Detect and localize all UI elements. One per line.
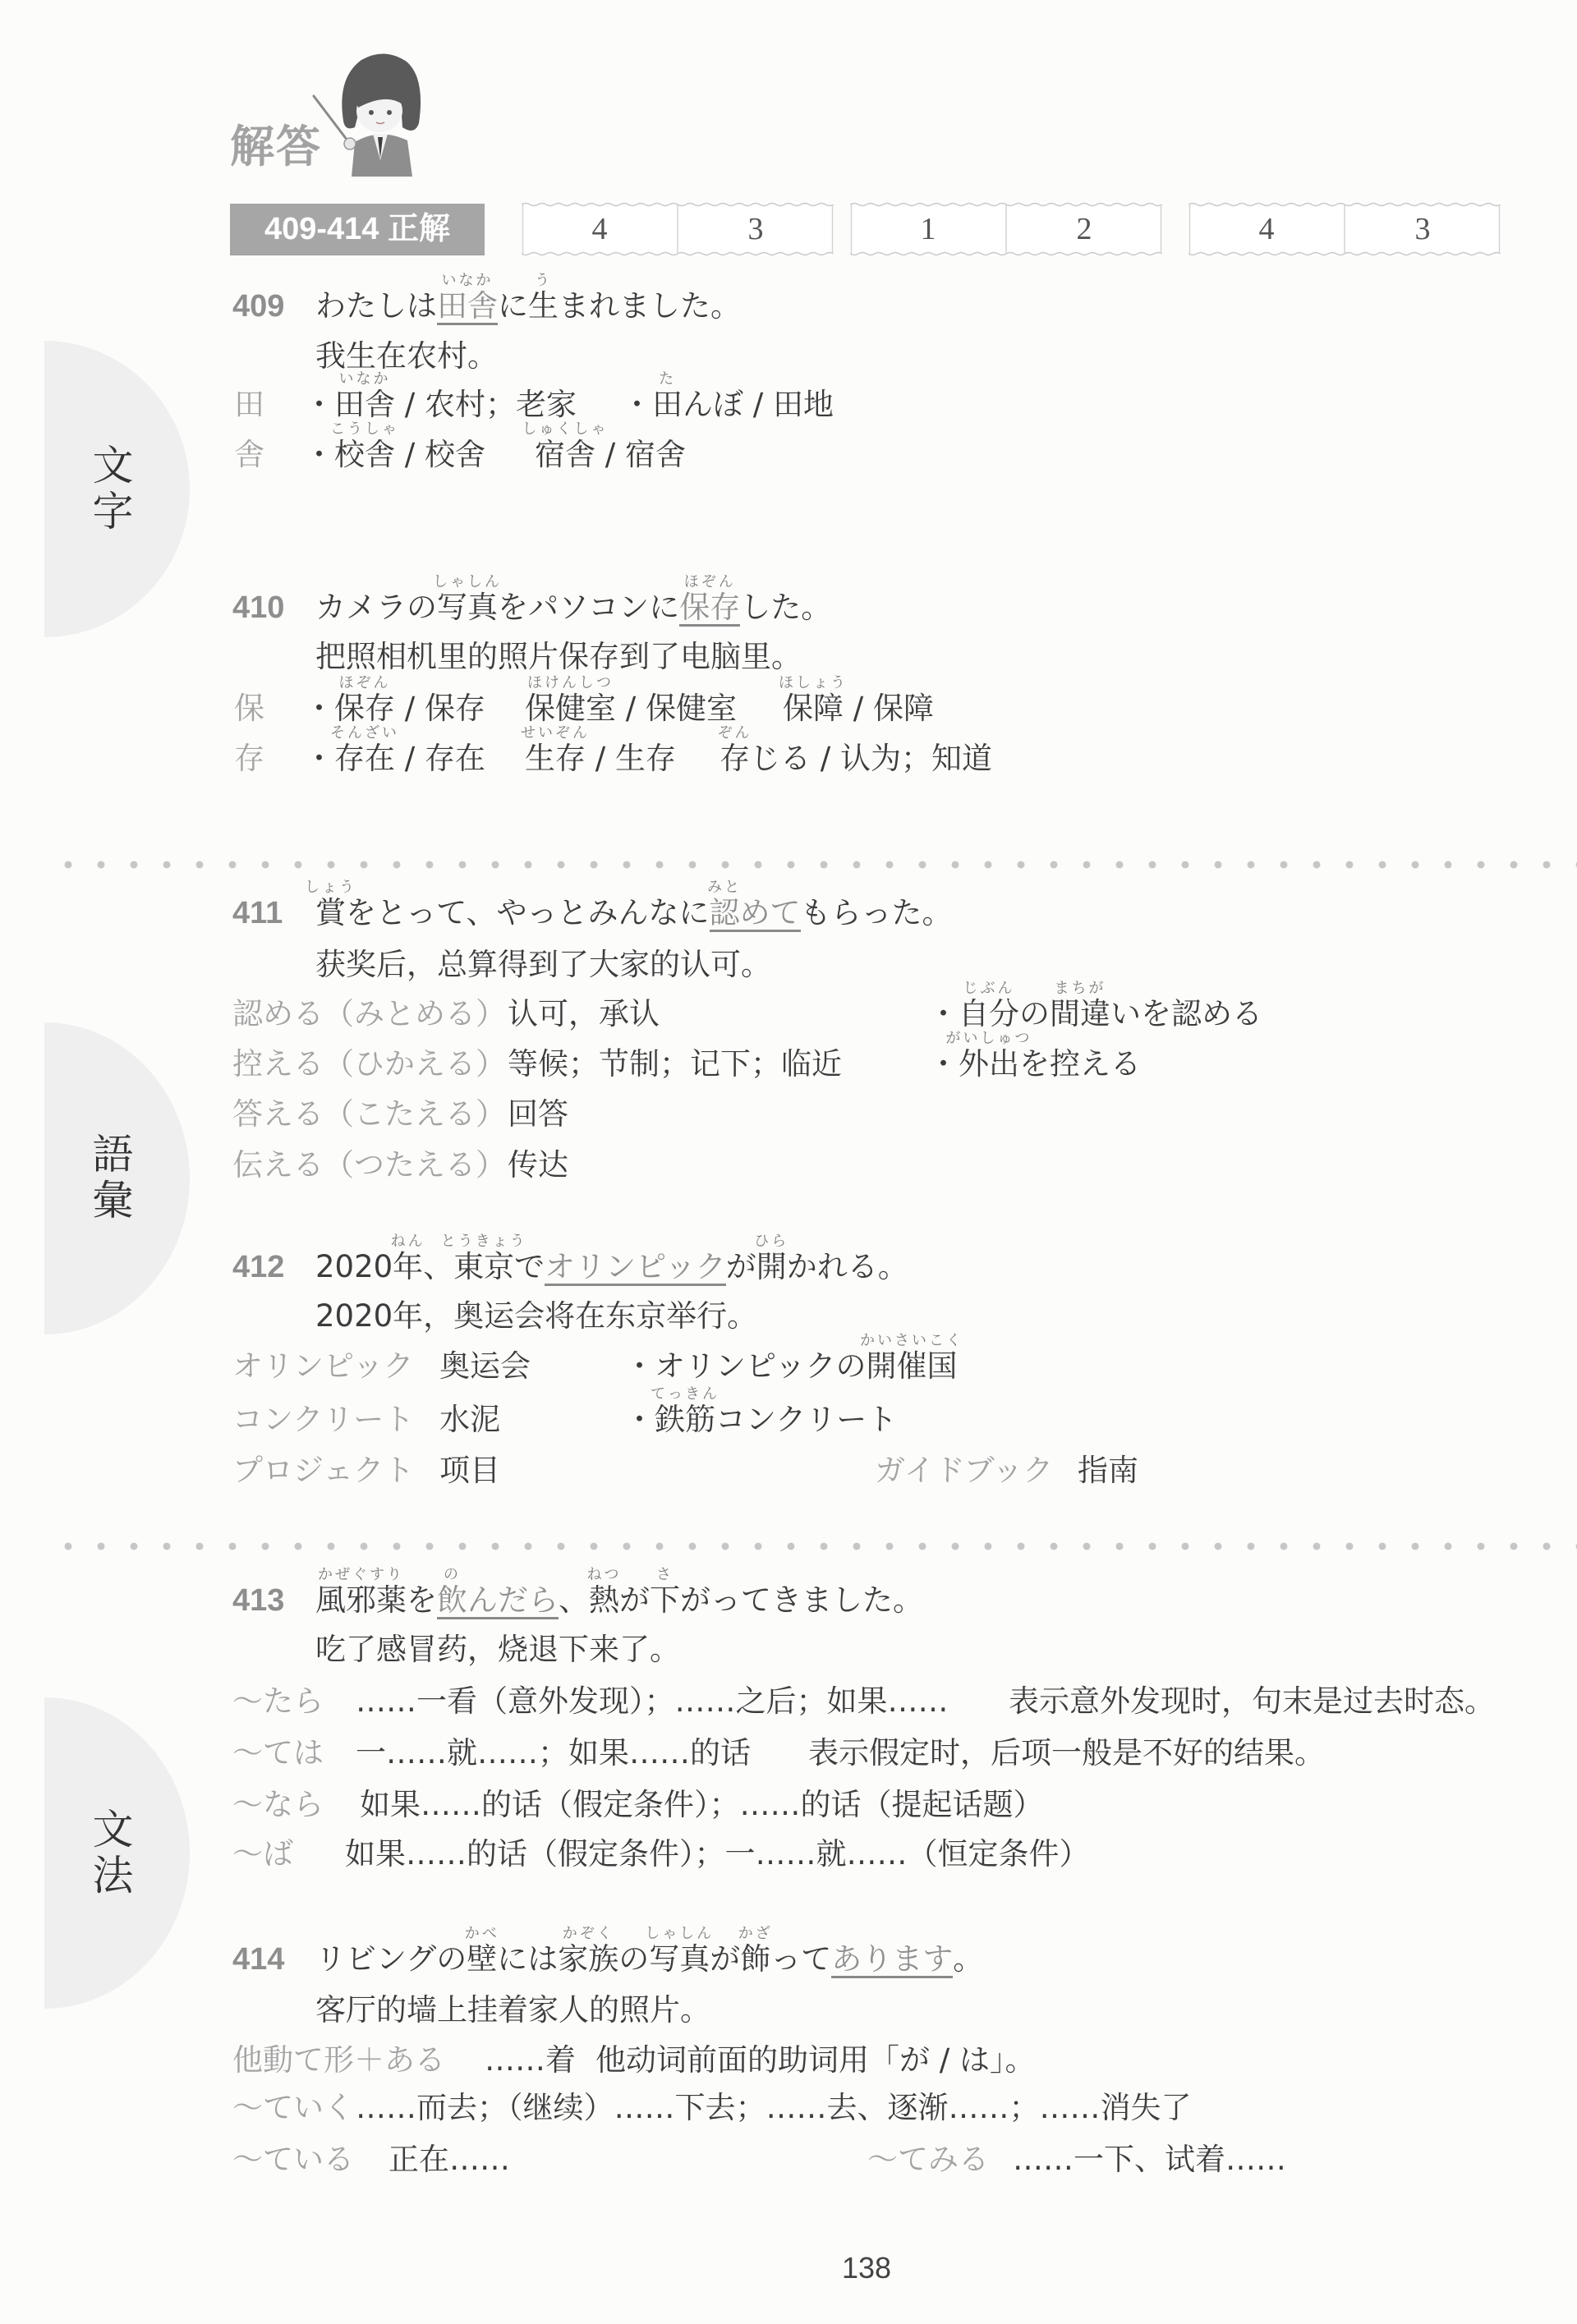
underlined-target-word: 保存ほぞん — [679, 591, 740, 627]
segment-text: / 保健室 — [616, 691, 737, 726]
segment-text: 下 — [650, 1582, 680, 1618]
segment-text: って — [770, 1941, 831, 1977]
vocab-word: 答える（こたえる） — [232, 1098, 506, 1131]
sentence-translation: 获奖后，总算得到了大家的认可。 — [315, 948, 771, 981]
text-segment: に — [498, 290, 528, 323]
text-segment: / 农村；老家 — [395, 388, 577, 421]
segment-text: / 存在 — [395, 741, 485, 776]
underlined-target-word: オリンピック — [545, 1251, 726, 1286]
segment-text: の — [618, 1941, 649, 1977]
question-number: 409 — [232, 290, 284, 323]
furigana: そんざい — [301, 726, 428, 741]
segment-text: ・ — [928, 996, 959, 1031]
grammar-pattern: ～なら — [232, 1789, 324, 1821]
text-segment: ・ — [304, 742, 334, 775]
text-segment: がってきました。 — [680, 1584, 923, 1617]
segment-text: ・ — [304, 741, 334, 776]
furigana: いなか — [301, 372, 428, 387]
vocab-word: コンクリート — [232, 1403, 414, 1436]
segment-text: / 农村；老家 — [395, 387, 577, 422]
answer-cell: 2 — [1006, 202, 1162, 256]
segment-text: ・ — [304, 387, 334, 422]
segment-text: 熱 — [589, 1582, 619, 1618]
vocab-word: 認める（みとめる） — [232, 998, 506, 1031]
segment-text: 東京 — [453, 1249, 514, 1284]
text-segment: が — [619, 1584, 650, 1617]
text-segment: ・ — [928, 998, 959, 1031]
kanji-entry: ・保存ほぞん / 保存 — [304, 692, 485, 725]
segment-text: をとって、やっとみんなに — [346, 895, 710, 930]
segment-text: ・ — [304, 437, 334, 472]
segment-text: 、 — [559, 1582, 589, 1618]
segment-text: / 校舍 — [395, 437, 485, 472]
grammar-note: 表示意外发现时，句末是过去时态。 — [1009, 1685, 1495, 1718]
side-tab-bunpou: 文法 — [44, 1697, 190, 2009]
segment-text: 保存 — [334, 691, 395, 726]
vocab-example: ・自分じぶんの間違まちがいを認める — [928, 998, 1262, 1031]
segment-text: 風邪薬 — [315, 1582, 407, 1618]
segment-text: 壁 — [467, 1941, 497, 1977]
vocab-example: ・オリンピックの開催国かいさいこく — [624, 1350, 958, 1383]
grammar-note: 表示假定时，后项一般是不好的结果。 — [808, 1737, 1325, 1770]
kanji-label: 存 — [234, 742, 264, 775]
answer-group: 1 2 — [850, 202, 1162, 256]
segment-text: あります — [831, 1941, 953, 1977]
underlined-target-word: 飲の — [437, 1584, 467, 1619]
furigana: ほぞん — [646, 575, 773, 590]
ruby-word: 開催国かいさいこく — [867, 1350, 958, 1383]
vocab-example: ・外出がいしゅつを控える — [928, 1048, 1141, 1081]
segment-text: 田舎 — [334, 387, 395, 422]
kanji-entry: 保健室ほけんしつ / 保健室 — [525, 692, 737, 725]
side-tab-moji: 文字 — [44, 341, 190, 637]
grammar-pattern: 他動て形＋ある — [232, 2044, 445, 2077]
furigana: ぞん — [687, 726, 783, 741]
ruby-word: 開ひら — [756, 1251, 787, 1284]
furigana: かべ — [434, 1927, 530, 1941]
segment-text: 、 — [423, 1249, 453, 1284]
vocab-meaning: 认可，承认 — [508, 998, 660, 1031]
ruby-word: 飾かざ — [740, 1943, 770, 1976]
side-tab-label: 文字 — [80, 443, 140, 535]
page-number: 138 — [825, 2252, 908, 2285]
text-segment: コンクリート — [715, 1403, 897, 1436]
vocab-example: ・鉄筋てっきんコンクリート — [624, 1403, 897, 1436]
grammar-pattern: ～ている — [232, 2143, 354, 2176]
underlined-target-word: 田舎いなか — [437, 290, 498, 325]
segment-text: 保障 — [783, 691, 844, 726]
furigana: ほぞん — [301, 676, 428, 691]
furigana: さ — [617, 1568, 713, 1582]
text-segment: ・ — [622, 388, 652, 421]
text-segment: ・ — [304, 388, 334, 421]
segment-text: んぼ / 田地 — [683, 387, 834, 422]
question-number: 410 — [232, 591, 284, 624]
text-segment: リビングの — [315, 1943, 467, 1976]
segment-text: 存在 — [334, 741, 395, 776]
question-sentence: 賞しょうをとって、やっとみんなに認みとめてもらった。 — [315, 897, 953, 930]
underlined-target-word: 認みと — [710, 897, 740, 932]
kanji-entry: ・校舎こうしゃ / 校舍 — [304, 439, 485, 471]
vocab-meaning: 水泥 — [439, 1403, 500, 1436]
text-segment: まれました。 — [559, 290, 741, 323]
furigana: しょう — [283, 880, 379, 895]
segment-text: 開 — [756, 1249, 787, 1284]
question-sentence: カメラの写真しゃしんをパソコンに保存ほぞんした。 — [315, 591, 831, 624]
text-segment: で — [514, 1251, 545, 1284]
segment-text: ・ — [304, 691, 334, 726]
segment-text: 田舎 — [437, 288, 498, 324]
text-segment: 、 — [423, 1251, 453, 1284]
ruby-word: 校舎こうしゃ — [334, 439, 395, 471]
segment-text: 家族 — [558, 1941, 618, 1977]
side-tab-goi: 語彙 — [44, 1022, 190, 1334]
text-segment: カメラの — [315, 591, 437, 624]
segment-text: 開催国 — [867, 1348, 958, 1384]
kanji-entry: 宿舎しゅくしゃ / 宿舍 — [535, 439, 686, 471]
segment-text: 鉄筋 — [655, 1402, 715, 1437]
ruby-word: 自分じぶん — [959, 998, 1019, 1031]
ruby-word: 壁かべ — [467, 1943, 497, 1976]
answer-cell: 3 — [678, 202, 834, 256]
text-segment: わたしは — [315, 290, 437, 323]
text-segment: 、 — [559, 1584, 589, 1617]
furigana: みと — [677, 880, 773, 895]
segment-text: いを認める — [1110, 996, 1262, 1031]
segment-text: んだら — [467, 1582, 559, 1618]
segment-text: 生 — [528, 288, 559, 324]
text-segment: / 保存 — [395, 692, 485, 725]
answer-group: 4 3 — [522, 202, 834, 256]
kanji-entry: ・田舎いなか / 农村；老家 — [304, 388, 577, 421]
ruby-word: 存ぞん — [720, 742, 750, 775]
kanji-label: 舎 — [234, 439, 264, 471]
text-segment: をパソコンに — [498, 591, 679, 624]
segment-text: 存 — [720, 741, 750, 776]
ruby-word: 生存せいぞん — [525, 742, 586, 775]
grammar-pattern: ～ば — [232, 1838, 293, 1871]
segment-text: わたしは — [315, 288, 437, 324]
segment-text: をパソコンに — [498, 590, 679, 625]
side-tab-label: 文法 — [80, 1807, 140, 1899]
kanji-label: 田 — [234, 388, 264, 421]
vocab-word: オリンピック — [232, 1350, 414, 1383]
segment-text: 生存 — [525, 741, 586, 776]
ruby-word: 熱ねつ — [589, 1584, 619, 1617]
text-segment: ・ — [624, 1403, 655, 1436]
segment-text: 写真 — [649, 1941, 710, 1977]
segment-text: ・ — [622, 387, 652, 422]
segment-text: 年 — [393, 1249, 423, 1284]
text-segment: 。 — [953, 1943, 983, 1976]
ruby-word: 年ねん — [393, 1251, 423, 1284]
ruby-word: 家族かぞく — [558, 1943, 618, 1976]
segment-text: 宿舎 — [535, 437, 595, 472]
segment-text: かれる。 — [787, 1249, 908, 1284]
underlined-target-word: んだら — [467, 1584, 559, 1619]
segment-text: 校舎 — [334, 437, 395, 472]
text-segment: って — [770, 1943, 831, 1976]
ruby-word: 存在そんざい — [334, 742, 395, 775]
dotted-separator — [64, 1542, 1577, 1550]
question-number: 412 — [232, 1251, 284, 1284]
segment-text: 間違 — [1050, 996, 1110, 1031]
text-segment: の — [1019, 998, 1050, 1031]
furigana: まちが — [1017, 981, 1143, 996]
furigana: てっきん — [622, 1387, 748, 1402]
ruby-word: 保障ほしょう — [783, 692, 844, 725]
segment-text: を — [407, 1582, 437, 1618]
segment-text: ・オリンピックの — [624, 1348, 867, 1384]
furigana: しゃしん — [404, 575, 531, 590]
teacher-girl-with-pointer-icon — [304, 45, 427, 177]
text-segment: / 生存 — [586, 742, 676, 775]
segment-text: / 保存 — [395, 691, 485, 726]
ruby-word: 田た — [652, 388, 683, 421]
segment-text: じる / 认为；知道 — [750, 741, 992, 776]
furigana: ひら — [724, 1234, 820, 1249]
grammar-note: 他动词前面的助词用「が / は」。 — [595, 2044, 1036, 2077]
segment-text: 飲 — [437, 1582, 467, 1618]
text-segment: かれる。 — [787, 1251, 908, 1284]
segment-text: が — [710, 1941, 740, 1977]
text-segment: を控える — [1019, 1048, 1141, 1081]
furigana: ほしょう — [750, 676, 876, 691]
furigana: う — [495, 273, 591, 288]
grammar-meaning: 一……就……；如果……的话 — [356, 1737, 751, 1770]
ruby-word: 賞しょう — [315, 897, 346, 930]
grammar-pattern: ～ては — [232, 1737, 324, 1770]
sentence-translation: 吃了感冒药，烧退下来了。 — [315, 1633, 680, 1666]
furigana: がいしゅつ — [926, 1031, 1052, 1046]
segment-text: カメラの — [315, 590, 437, 625]
text-segment: が — [710, 1943, 740, 1976]
grammar-meaning: ……一下、试着…… — [1013, 2143, 1286, 2176]
text-segment: ・ — [304, 692, 334, 725]
grammar-pattern: ～たら — [232, 1685, 324, 1718]
text-segment: の — [618, 1943, 649, 1976]
ruby-word: 外出がいしゅつ — [959, 1048, 1019, 1081]
segment-text: コンクリート — [715, 1402, 897, 1437]
question-sentence: 2020年ねん、東京とうきょうでオリンピックが開ひらかれる。 — [315, 1251, 908, 1284]
segment-text: には — [497, 1941, 558, 1977]
kanji-entry: 生存せいぞん / 生存 — [525, 742, 676, 775]
segment-text: 外出 — [959, 1046, 1019, 1082]
text-segment: もらった。 — [801, 897, 953, 930]
text-segment: には — [497, 1943, 558, 1976]
segment-text: を控える — [1019, 1046, 1141, 1082]
segment-text: がってきました。 — [680, 1582, 923, 1618]
answer-cell: 4 — [522, 202, 678, 256]
furigana: こうしゃ — [301, 422, 428, 437]
segment-text: / 生存 — [586, 741, 676, 776]
underlined-target-word: めて — [740, 897, 801, 932]
text-segment: / 保健室 — [616, 692, 737, 725]
furigana: た — [619, 372, 715, 387]
text-segment: 2020 — [315, 1251, 393, 1284]
text-segment: / 存在 — [395, 742, 485, 775]
question-sentence: リビングの壁かべには家族かぞくの写真しゃしんが飾かざってあります。 — [315, 1943, 983, 1976]
kanji-entry: ・存在そんざい / 存在 — [304, 742, 485, 775]
segment-text: 田 — [652, 387, 683, 422]
grammar-pattern: ～ていく — [232, 2092, 354, 2124]
kanji-entry: ・田たんぼ / 田地 — [622, 388, 834, 421]
sentence-translation: 客厅的墙上挂着家人的照片。 — [315, 1994, 710, 2027]
segment-text: ・ — [928, 1046, 959, 1082]
ruby-word: 東京とうきょう — [453, 1251, 514, 1284]
answer-cell: 1 — [850, 202, 1006, 256]
vocab-meaning: 等候；节制；记下；临近 — [508, 1048, 842, 1081]
text-segment: ・オリンピックの — [624, 1350, 867, 1383]
text-segment: / 保障 — [844, 692, 934, 725]
underlined-target-word: あります — [831, 1943, 953, 1978]
segment-text: / 保障 — [844, 691, 934, 726]
ruby-word: 下さ — [650, 1584, 680, 1617]
segment-text: リビングの — [315, 1941, 467, 1977]
segment-text: 飾 — [740, 1941, 770, 1977]
segment-text: で — [514, 1249, 545, 1284]
furigana: かいさいこく — [834, 1334, 991, 1348]
vocab-meaning: 项目 — [439, 1454, 500, 1487]
text-segment: ・ — [928, 1048, 959, 1081]
segment-text: 認 — [710, 895, 740, 930]
segment-text: が — [726, 1249, 756, 1284]
segment-text: 2020 — [315, 1249, 393, 1284]
text-segment: が — [726, 1251, 756, 1284]
segment-text: 写真 — [437, 590, 498, 625]
vocab-meaning: 奥运会 — [439, 1350, 531, 1383]
ruby-word: 保存ほぞん — [334, 692, 395, 725]
segment-text: ・ — [624, 1402, 655, 1437]
vocab-meaning: 回答 — [508, 1098, 568, 1131]
segment-text: 賞 — [315, 895, 346, 930]
vocab-word: 控える（ひかえる） — [232, 1048, 506, 1081]
ruby-word: 保健室ほけんしつ — [525, 692, 616, 725]
segment-text: が — [619, 1582, 650, 1618]
question-number: 414 — [232, 1943, 284, 1976]
text-segment: / 校舍 — [395, 439, 485, 471]
text-segment: じる / 认为；知道 — [750, 742, 992, 775]
ruby-word: 間違まちが — [1050, 998, 1110, 1031]
text-segment: した。 — [740, 591, 831, 624]
vocab-meaning: 指南 — [1078, 1454, 1138, 1487]
answer-group: 4 3 — [1188, 202, 1501, 256]
grammar-meaning: ……一看（意外发现）；……之后；如果…… — [356, 1685, 949, 1718]
question-sentence: 風邪薬かぜぐすりを飲のんだら、熱ねつが下さがってきました。 — [315, 1584, 923, 1617]
ruby-word: 写真しゃしん — [437, 591, 498, 624]
text-segment: ・ — [304, 439, 334, 471]
furigana: せいぞん — [492, 726, 618, 741]
vocab-word: 伝える（つたえる） — [232, 1149, 506, 1182]
segment-text: 自分 — [959, 996, 1019, 1031]
sentence-translation: 我生在农村。 — [315, 340, 498, 373]
kanji-entry: 保障ほしょう / 保障 — [783, 692, 934, 725]
grammar-meaning: ……而去；（继续）……下去；……去、逐渐……；……消失了 — [356, 2092, 1192, 2124]
grammar-meaning: 如果……的话（假定条件）；……的话（提起话题） — [360, 1789, 1044, 1821]
text-segment: を — [407, 1584, 437, 1617]
segment-text: / 宿舍 — [595, 437, 686, 472]
text-segment: / 宿舍 — [595, 439, 686, 471]
ruby-word: 生う — [528, 290, 559, 323]
grammar-meaning: ……着 — [485, 2044, 576, 2077]
ruby-word: 写真しゃしん — [649, 1943, 710, 1976]
furigana: しゅくしゃ — [502, 422, 628, 437]
furigana: とうきょう — [421, 1234, 547, 1249]
furigana: の — [404, 1568, 500, 1582]
segment-text: の — [1019, 996, 1050, 1031]
text-segment: んぼ / 田地 — [683, 388, 834, 421]
answer-cell: 4 — [1188, 202, 1345, 256]
sentence-translation: 2020年，奥运会将在东京举行。 — [315, 1300, 757, 1333]
text-segment: をとって、やっとみんなに — [346, 897, 710, 930]
vocab-word: プロジェクト — [232, 1454, 414, 1487]
kanji-label: 保 — [234, 692, 264, 725]
answer-range-label: 409-414 正解 — [230, 204, 485, 255]
sentence-translation: 把照相机里的照片保存到了电脑里。 — [315, 641, 802, 673]
vocab-meaning: 传达 — [508, 1149, 568, 1182]
segment-text: 保健室 — [525, 691, 616, 726]
ruby-word: 田舎いなか — [334, 388, 395, 421]
segment-text: もらった。 — [801, 895, 953, 930]
segment-text: まれました。 — [559, 288, 741, 324]
question-number: 411 — [232, 897, 283, 930]
grammar-meaning: 正在…… — [389, 2143, 510, 2176]
furigana: ほけんしつ — [492, 676, 649, 691]
grammar-pattern: ～てみる — [867, 2143, 989, 2176]
furigana: かざ — [707, 1927, 803, 1941]
question-number: 413 — [232, 1584, 284, 1617]
answer-cell: 3 — [1345, 202, 1501, 256]
segment-text: 保存 — [679, 590, 740, 625]
kanji-entry: 存ぞんじる / 认为；知道 — [720, 742, 992, 775]
dotted-separator — [64, 861, 1577, 869]
grammar-meaning: 如果……的话（假定条件）；一……就……（恒定条件） — [345, 1838, 1090, 1871]
segment-text: オリンピック — [545, 1249, 726, 1284]
segment-text: した。 — [740, 590, 831, 625]
ruby-word: 風邪薬かぜぐすり — [315, 1584, 407, 1617]
vocab-word: ガイドブック — [875, 1454, 1053, 1487]
ruby-word: 鉄筋てっきん — [655, 1403, 715, 1436]
side-tab-label: 語彙 — [80, 1132, 140, 1224]
segment-text: 。 — [953, 1941, 983, 1977]
segment-text: めて — [740, 895, 801, 930]
question-sentence: わたしは田舎いなかに生うまれました。 — [315, 290, 741, 323]
ruby-word: 宿舎しゅくしゃ — [535, 439, 595, 471]
text-segment: いを認める — [1110, 998, 1262, 1031]
segment-text: に — [498, 288, 528, 324]
